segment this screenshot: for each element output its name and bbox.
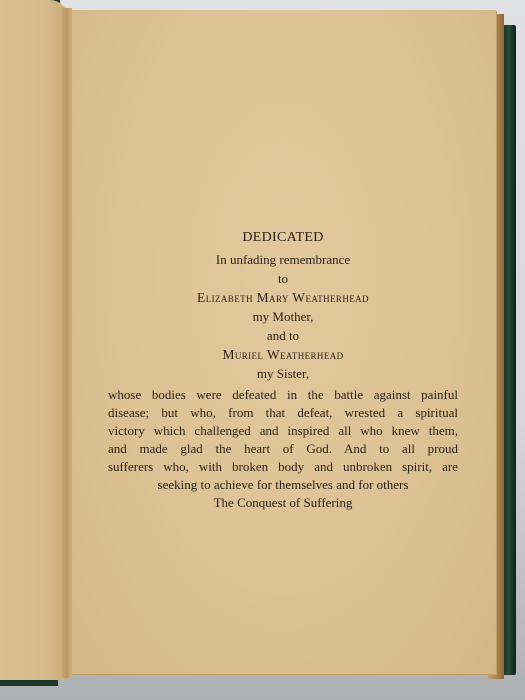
dedication-line: my Mother, xyxy=(70,307,496,326)
dedication-text: DEDICATED In unfading remembrance to Eli… xyxy=(70,228,496,512)
paragraph-line: and made glad the heart of God. And to a… xyxy=(108,440,458,458)
paragraph-line: victory which challenged and inspired al… xyxy=(108,422,458,440)
paragraph-line: whose bodies were defeated in the battle… xyxy=(108,386,458,404)
dedication-line: In unfading remembrance xyxy=(70,250,496,269)
dedication-line: my Sister, xyxy=(70,364,496,383)
dedication-page: DEDICATED In unfading remembrance to Eli… xyxy=(70,10,496,674)
dedication-heading: DEDICATED xyxy=(70,228,496,247)
dedication-line: and to xyxy=(70,326,496,345)
book-cover-edge-right xyxy=(502,25,516,675)
sister-name: Muriel Weatherhead xyxy=(70,345,496,364)
paragraph-line: disease; but who, from that defeat, wres… xyxy=(108,404,458,422)
dedication-paragraph: whose bodies were defeated in the battle… xyxy=(108,386,458,494)
paragraph-line: sufferers who, with broken body and unbr… xyxy=(108,458,458,476)
paragraph-line: seeking to achieve for themselves and fo… xyxy=(108,476,458,494)
left-page xyxy=(0,0,68,680)
book-gutter xyxy=(62,8,72,678)
book-title-line: The Conquest of Suffering xyxy=(70,494,496,512)
book-photo: DEDICATED In unfading remembrance to Eli… xyxy=(0,0,525,700)
dedication-line: to xyxy=(70,269,496,288)
mother-name: Elizabeth Mary Weatherhead xyxy=(70,288,496,307)
